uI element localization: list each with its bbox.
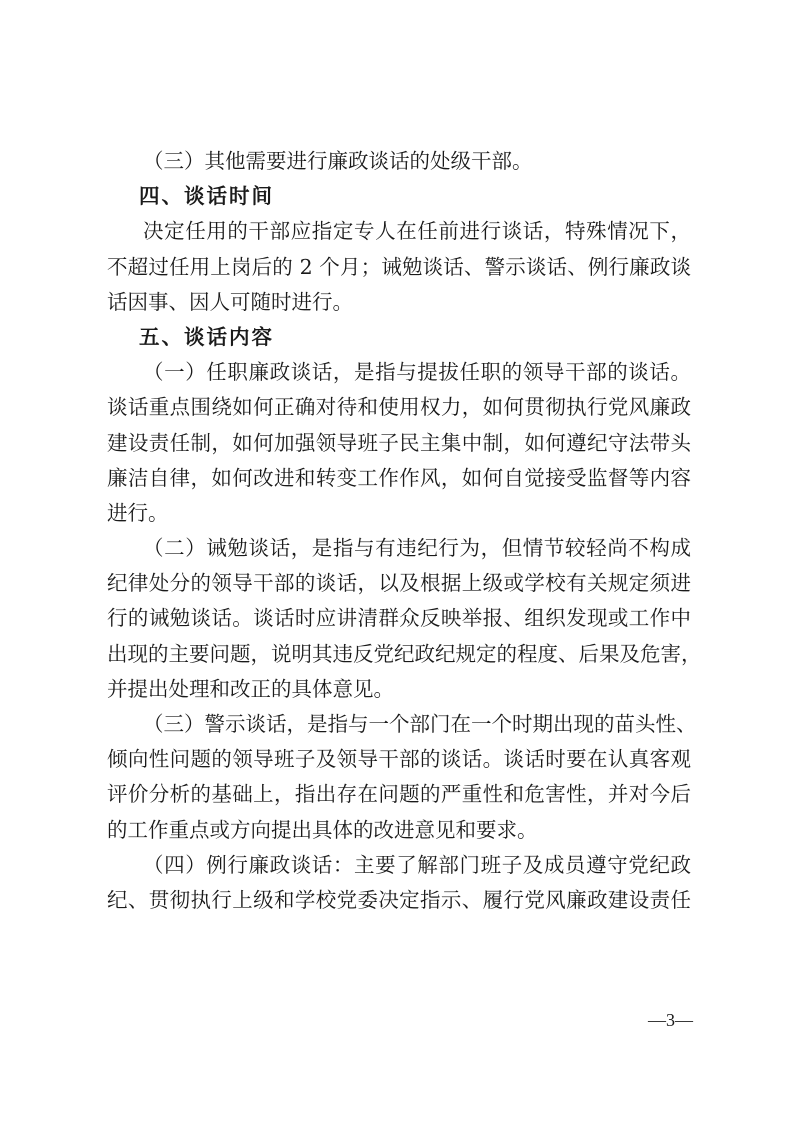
paragraph-line: 进行。 [107, 496, 691, 531]
paragraph-line: 并提出处理和改正的具体意见。 [107, 672, 691, 707]
list-item-three-other-cadres: （三）其他需要进行廉政谈话的处级干部。 [107, 144, 691, 179]
paragraph-line: 倾向性问题的领导班子及领导干部的谈话。谈话时要在认真客观 [107, 742, 691, 777]
paragraph-line: 纪律处分的领导干部的谈话，以及根据上级或学校有关规定须进 [107, 566, 691, 601]
paragraph-line: （二）诫勉谈话，是指与有违纪行为，但情节较轻尚不构成 [107, 531, 691, 566]
paragraph-line: 不超过任用上岗后的 2 个月；诫勉谈话、警示谈话、例行廉政谈 [107, 250, 691, 285]
paragraph-line: 出现的主要问题，说明其违反党纪政纪规定的程度、后果及危害， [107, 637, 691, 672]
paragraph-line: 建设责任制，如何加强领导班子民主集中制，如何遵纪守法带头 [107, 426, 691, 461]
section-heading-talk-content: 五、谈话内容 [107, 320, 691, 355]
paragraph-line: 廉洁自律，如何改进和转变工作作风，如何自觉接受监督等内容 [107, 461, 691, 496]
paragraph-line: 行的诫勉谈话。谈话时应讲清群众反映举报、组织发现或工作中 [107, 601, 691, 636]
document-page: （三）其他需要进行廉政谈话的处级干部。 四、谈话时间 决定任用的干部应指定专人在… [107, 144, 691, 918]
page-number: —3— [648, 1010, 693, 1031]
paragraph-line: 决定任用的干部应指定专人在任前进行谈话，特殊情况下， [107, 214, 691, 249]
paragraph-line: （一）任职廉政谈话，是指与提拔任职的领导干部的谈话。 [107, 355, 691, 390]
paragraph-line: 话因事、因人可随时进行。 [107, 285, 691, 320]
paragraph-line: 评价分析的基础上，指出存在问题的严重性和危害性，并对今后 [107, 777, 691, 812]
paragraph-line: 的工作重点或方向提出具体的改进意见和要求。 [107, 813, 691, 848]
section-heading-talk-time: 四、谈话时间 [107, 179, 691, 214]
paragraph-line: （四）例行廉政谈话：主要了解部门班子及成员遵守党纪政 [107, 848, 691, 883]
paragraph-line: 谈话重点围绕如何正确对待和使用权力，如何贯彻执行党风廉政 [107, 390, 691, 425]
paragraph-line: （三）警示谈话，是指与一个部门在一个时期出现的苗头性、 [107, 707, 691, 742]
paragraph-line: 纪、贯彻执行上级和学校党委决定指示、履行党风廉政建设责任 [107, 883, 691, 918]
